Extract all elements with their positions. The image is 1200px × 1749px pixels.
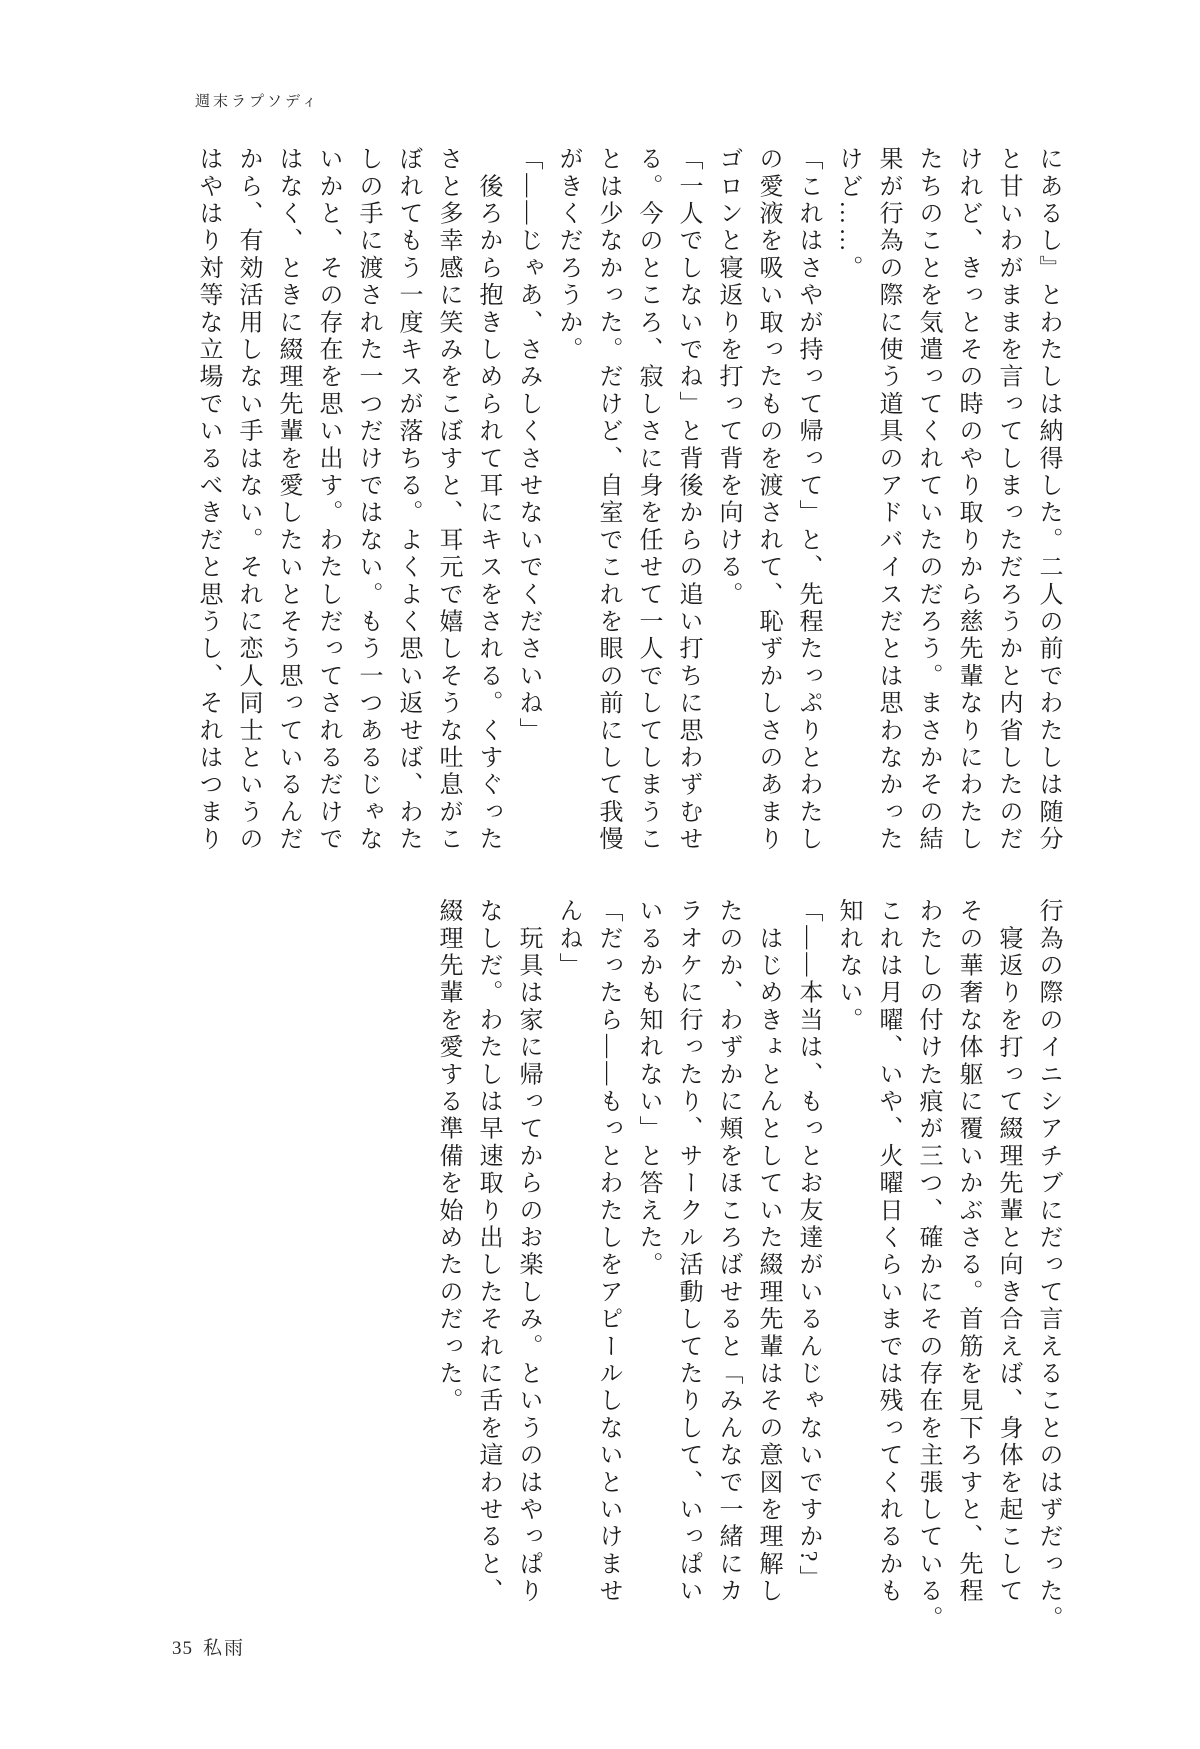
text-column: と甘いわがままを言ってしまっただろうかと内省したのだ: [988, 146, 1028, 860]
text-column: しの手に渡された一つだけではない。もう一つあるじゃな: [348, 146, 388, 860]
text-column: んね」: [548, 898, 588, 1612]
text-column: 「――本当は、もっとお友達がいるんじゃないですか?」: [788, 898, 828, 1612]
text-column: たのか、わずかに頬をほころばせると「みんなで一緒にカ: [708, 898, 748, 1612]
text-column: にあるし』とわたしは納得した。二人の前でわたしは随分: [1028, 146, 1068, 860]
footer-section-label: 私雨: [203, 1638, 245, 1659]
text-column: はじめきょとんとしていた綴理先輩はその意図を理解し: [748, 898, 788, 1612]
text-column: ぼれてもう一度キスが落ちる。よくよく思い返せば、わた: [388, 146, 428, 860]
text-column: とは少なかった。だけど、自室でこれを眼の前にして我慢: [588, 146, 628, 860]
text-column: 知れない。: [828, 898, 868, 1612]
text-column: の愛液を吸い取ったものを渡されて、恥ずかしさのあまり: [748, 146, 788, 860]
text-column: これは月曜、いや、火曜日くらいまでは残ってくれるかも: [868, 898, 908, 1612]
text-column: 玩具は家に帰ってからのお楽しみ。というのはやっぱり: [508, 898, 548, 1612]
page-footer: 35私雨: [172, 1633, 245, 1660]
text-column: たちのことを気遣ってくれていたのだろう。まさかその結: [908, 146, 948, 860]
text-column: 行為の際のイニシアチブにだって言えることのはずだった。: [1028, 898, 1068, 1612]
text-column: から、有効活用しない手はない。それに恋人同士というの: [228, 146, 268, 860]
text-column: けれど、きっとその時のやり取りから慈先輩なりにわたし: [948, 146, 988, 860]
text-column: いるかも知れない」と答えた。: [628, 898, 668, 1612]
text-column: がきくだろうか。: [548, 146, 588, 860]
text-column: 寝返りを打って綴理先輩と向き合えば、身体を起こして: [988, 898, 1028, 1612]
text-column: さと多幸感に笑みをこぼすと、耳元で嬉しそうな吐息がこ: [428, 146, 468, 860]
text-column: 「一人でしないでね」と背後からの追い打ちに思わずむせ: [668, 146, 708, 860]
text-column: わたしの付けた痕が三つ、確かにその存在を主張している。: [908, 898, 948, 1612]
text-column: 「――じゃあ、さみしくさせないでくださいね」: [508, 146, 548, 860]
text-column: けど……。: [828, 146, 868, 860]
text-column: る。今のところ、寂しさに身を任せて一人でしてしまうこ: [628, 146, 668, 860]
text-column: 後ろから抱きしめられて耳にキスをされる。くすぐった: [468, 146, 508, 860]
text-block-lower: 行為の際のイニシアチブにだって言えることのはずだった。 寝返りを打って綴理先輩と…: [428, 898, 1068, 1612]
text-column: ラオケに行ったり、サークル活動してたりして、いっぱい: [668, 898, 708, 1612]
text-column: ゴロンと寝返りを打って背を向ける。: [708, 146, 748, 860]
text-column: 「これはさやが持って帰って」と、先程たっぷりとわたし: [788, 146, 828, 860]
text-column: その華奢な体躯に覆いかぶさる。首筋を見下ろすと、先程: [948, 898, 988, 1612]
running-header-title: 週末ラプソディ: [195, 90, 320, 111]
text-block-upper: にあるし』とわたしは納得した。二人の前でわたしは随分と甘いわがままを言ってしまっ…: [188, 146, 1068, 860]
text-column: はやはり対等な立場でいるべきだと思うし、それはつまり: [188, 146, 228, 860]
text-column: 綴理先輩を愛する準備を始めたのだった。: [428, 898, 468, 1612]
text-column: はなく、ときに綴理先輩を愛したいとそう思っているんだ: [268, 146, 308, 860]
scanned-book-page: 週末ラプソディ にあるし』とわたしは納得した。二人の前でわたしは随分と甘いわがま…: [0, 0, 1200, 1749]
page-number: 35: [172, 1638, 193, 1659]
text-column: なしだ。わたしは早速取り出したそれに舌を這わせると、: [468, 898, 508, 1612]
text-column: 「だったら――もっとわたしをアピールしないといけませ: [588, 898, 628, 1612]
text-column: 果が行為の際に使う道具のアドバイスだとは思わなかった: [868, 146, 908, 860]
text-column: いかと、その存在を思い出す。わたしだってされるだけで: [308, 146, 348, 860]
